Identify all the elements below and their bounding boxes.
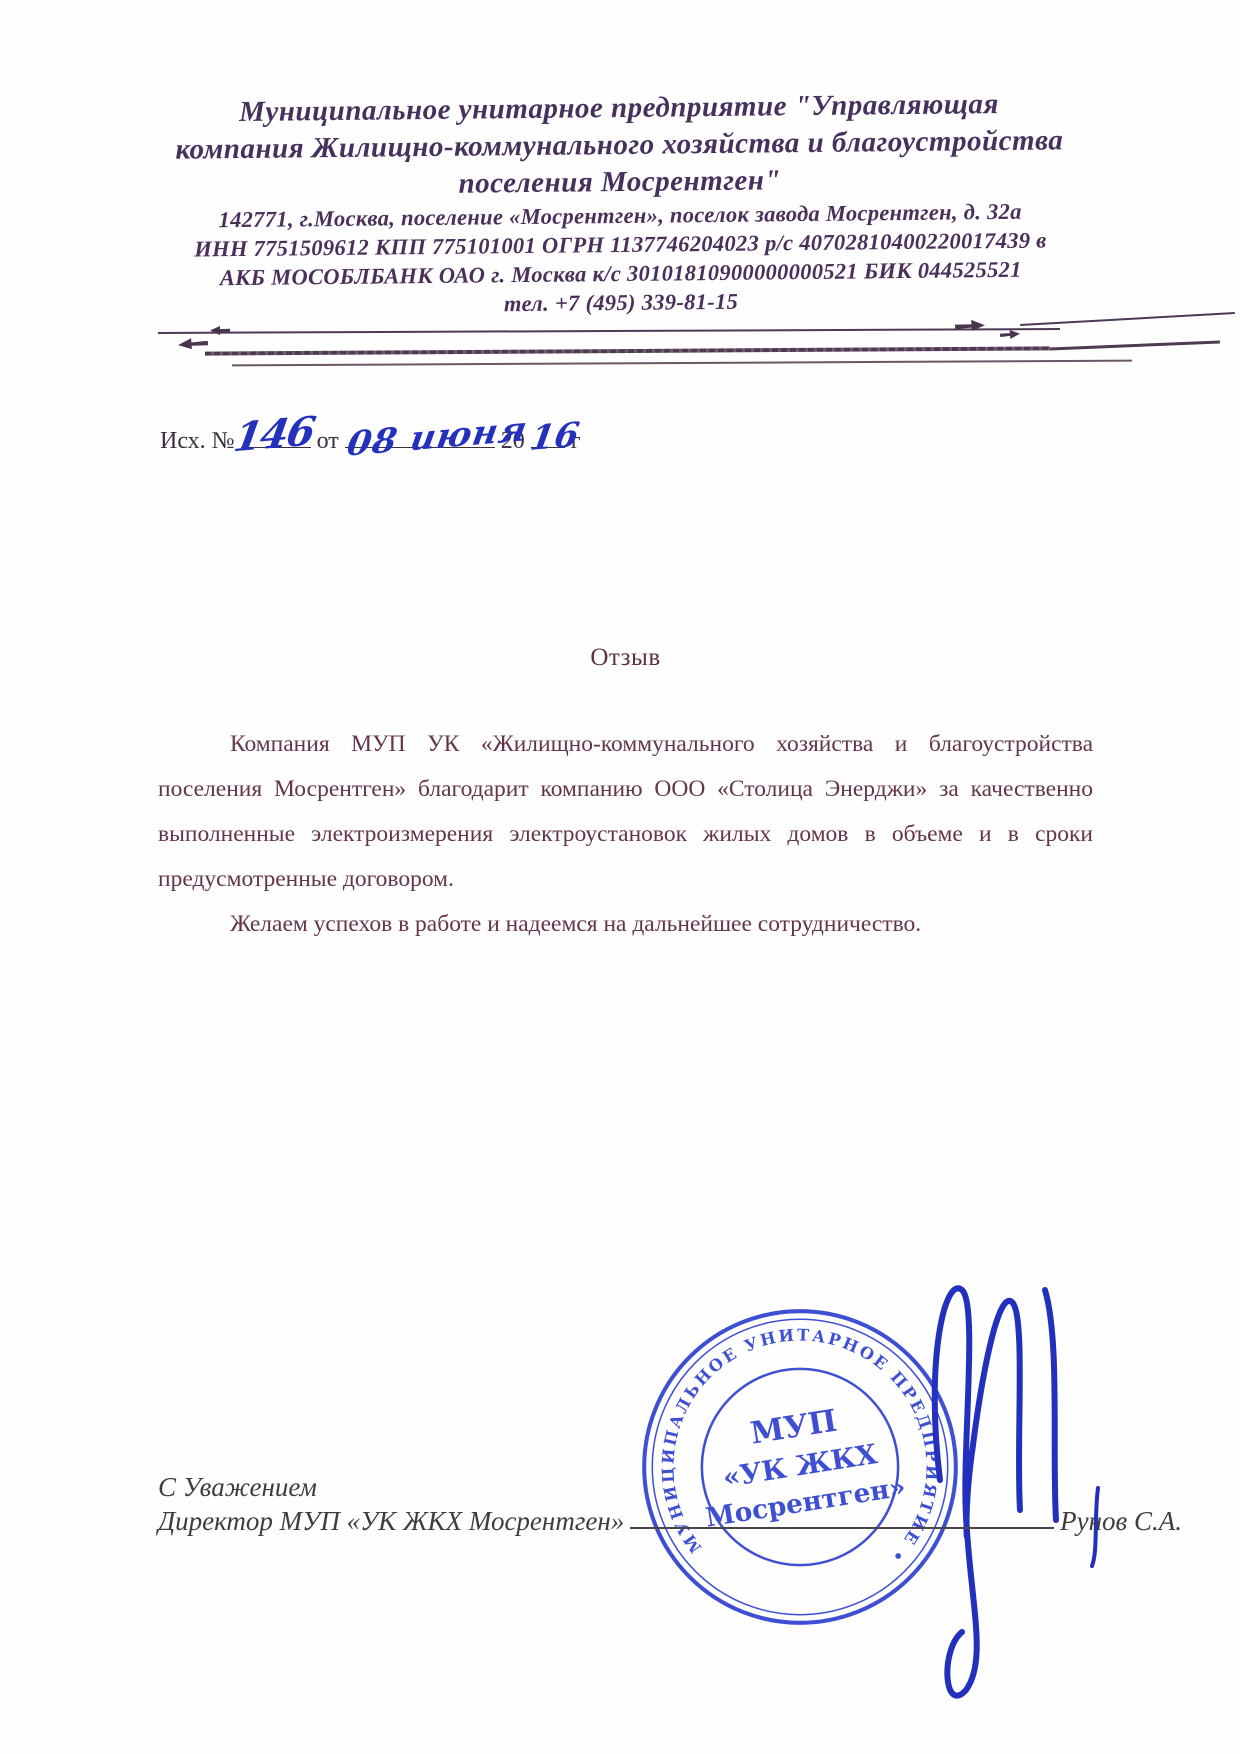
divider-line-ornate-right bbox=[1050, 340, 1220, 350]
divider-line-bottom bbox=[232, 360, 1132, 366]
outgoing-reference-row: Исх. № 146 от 08 июня 20 16 г bbox=[160, 428, 581, 455]
stamp-center-line-1: МУП bbox=[748, 1404, 839, 1452]
divider-line-top bbox=[158, 328, 1060, 334]
director-signature-row: Директор МУП «УК ЖКХ Мосрентген» Рунов С… bbox=[158, 1506, 1182, 1537]
document-body: Компания МУП УК «Жилищно-коммунального х… bbox=[158, 722, 1093, 947]
handwritten-number: 146 bbox=[230, 408, 316, 462]
handwritten-date: 08 июня bbox=[344, 409, 530, 464]
reference-number-blank: 146 bbox=[241, 447, 311, 448]
handwritten-year: 16 bbox=[527, 415, 582, 459]
divider-line-top-right bbox=[1020, 312, 1235, 326]
closing-salutation: С Уважением bbox=[158, 1472, 317, 1503]
body-paragraph-1: Компания МУП УК «Жилищно-коммунального х… bbox=[158, 722, 1093, 902]
document-title: Отзыв bbox=[158, 644, 1093, 672]
reference-prefix: Исх. № bbox=[160, 428, 235, 454]
director-signature bbox=[870, 1220, 1170, 1740]
divider-line-ornate bbox=[205, 346, 1050, 355]
body-paragraph-2: Желаем успехов в работе и надеемся на да… bbox=[158, 902, 1093, 947]
divider-ornament-left-icon bbox=[178, 337, 209, 350]
signature-line bbox=[630, 1526, 1054, 1529]
reference-date-blank: 08 июня bbox=[345, 447, 495, 448]
scanned-letter-page: Муниципальное унитарное предприятие "Упр… bbox=[0, 0, 1240, 1754]
signer-name: Рунов С.А. bbox=[1058, 1506, 1182, 1537]
reference-from-label: от bbox=[317, 428, 339, 454]
reference-year-blank: 16 bbox=[531, 447, 565, 448]
letterhead: Муниципальное унитарное предприятие "Упр… bbox=[69, 84, 1171, 323]
divider-ornament-right2-icon bbox=[1000, 329, 1021, 340]
director-position-label: Директор МУП «УК ЖКХ Мосрентген» bbox=[158, 1506, 624, 1537]
